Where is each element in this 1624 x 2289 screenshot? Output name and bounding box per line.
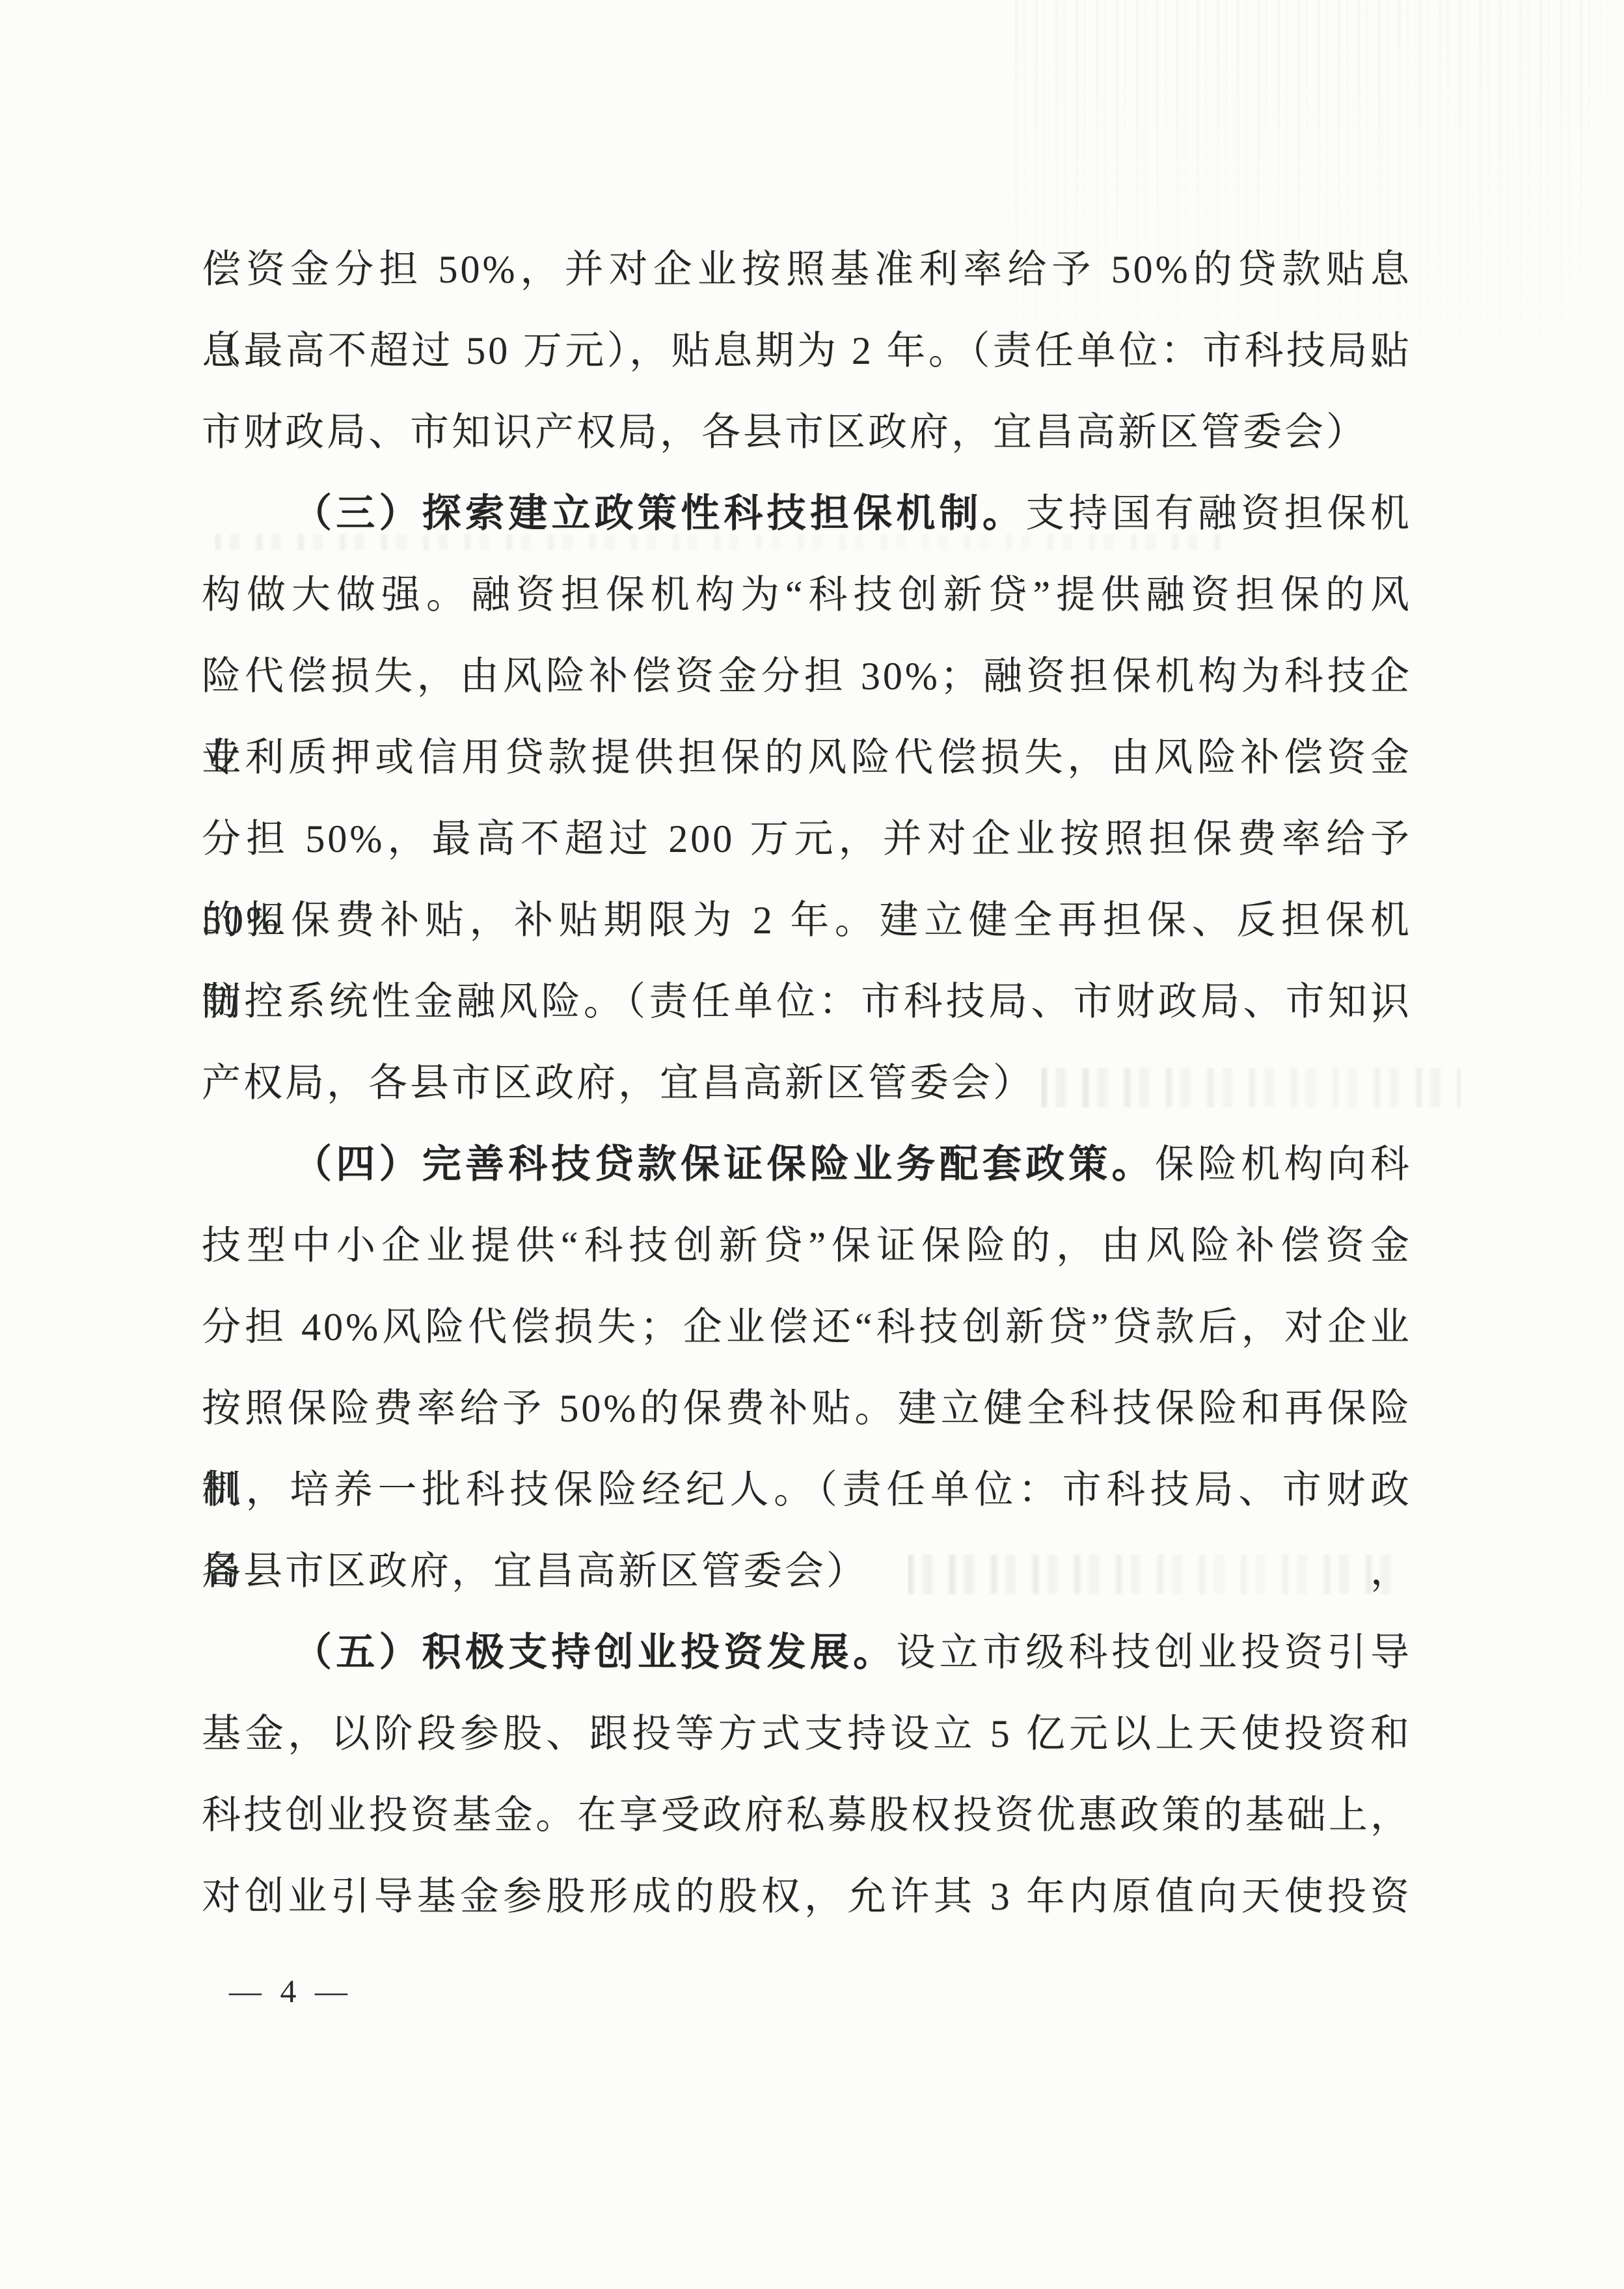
heading-bold-text: （四）完善科技贷款保证保险业务配套政策。 (293, 1143, 1155, 1186)
text-line: 分担 50%，最高不超过 200 万元，并对企业按照担保费率给予 50% (202, 799, 1412, 880)
text-line: 基金，以阶段参股、跟投等方式支持设立 5 亿元以上天使投资和 (202, 1693, 1412, 1775)
text-line: 防控系统性金融风险。（责任单位：市科技局、市财政局、市知识 (202, 961, 1412, 1043)
text-line: （五）积极支持创业投资发展。设立市级科技创业投资引导 (202, 1612, 1412, 1693)
text-line: 分担 40%风险代偿损失；企业偿还“科技创新贷”贷款后，对企业 (202, 1287, 1412, 1368)
text-line: 息最高不超过 50 万元），贴息期为 2 年。（责任单位：市科技局、 (202, 310, 1412, 392)
text-line: 专利质押或信用贷款提供担保的风险代偿损失，由风险补偿资金 (202, 717, 1412, 799)
text-line: （四）完善科技贷款保证保险业务配套政策。保险机构向科 (202, 1124, 1412, 1205)
scan-bleedthrough-artifact (215, 534, 1230, 551)
text-line: 对创业引导基金参股形成的股权，允许其 3 年内原值向天使投资 (202, 1856, 1412, 1938)
text-line: 技型中小企业提供“科技创新贷”保证保险的，由风险补偿资金 (202, 1205, 1412, 1287)
text-line: 制，培养一批科技保险经纪人。（责任单位：市科技局、市财政局， (202, 1449, 1412, 1531)
document-page: 偿资金分担 50%，并对企业按照基准利率给予 50%的贷款贴息（贴息最高不超过 … (0, 0, 1624, 2289)
heading-bold-text: （五）积极支持创业投资发展。 (293, 1631, 896, 1674)
text-line: 科技创业投资基金。在享受政府私募股权投资优惠政策的基础上， (202, 1775, 1412, 1856)
text-line: 的担保费补贴，补贴期限为 2 年。建立健全再担保、反担保机制， (202, 880, 1412, 961)
page-number: — 4 — (229, 1972, 353, 2010)
text-line: 险代偿损失，由风险补偿资金分担 30%；融资担保机构为科技企业 (202, 636, 1412, 717)
text-line: 构做大做强。融资担保机构为“科技创新贷”提供融资担保的风 (202, 555, 1412, 636)
text-line: 按照保险费率给予 50%的保费补贴。建立健全科技保险和再保险机 (202, 1368, 1412, 1449)
heading-bold-text: （三）探索建立政策性科技担保机制。 (293, 492, 1025, 535)
text-line: 偿资金分担 50%，并对企业按照基准利率给予 50%的贷款贴息（贴 (202, 229, 1412, 310)
scan-bleedthrough-artifact (1041, 1067, 1461, 1108)
scan-bleedthrough-artifact (908, 1554, 1402, 1595)
text-line: 市财政局、市知识产权局，各县市区政府，宜昌高新区管委会） (202, 392, 1412, 473)
